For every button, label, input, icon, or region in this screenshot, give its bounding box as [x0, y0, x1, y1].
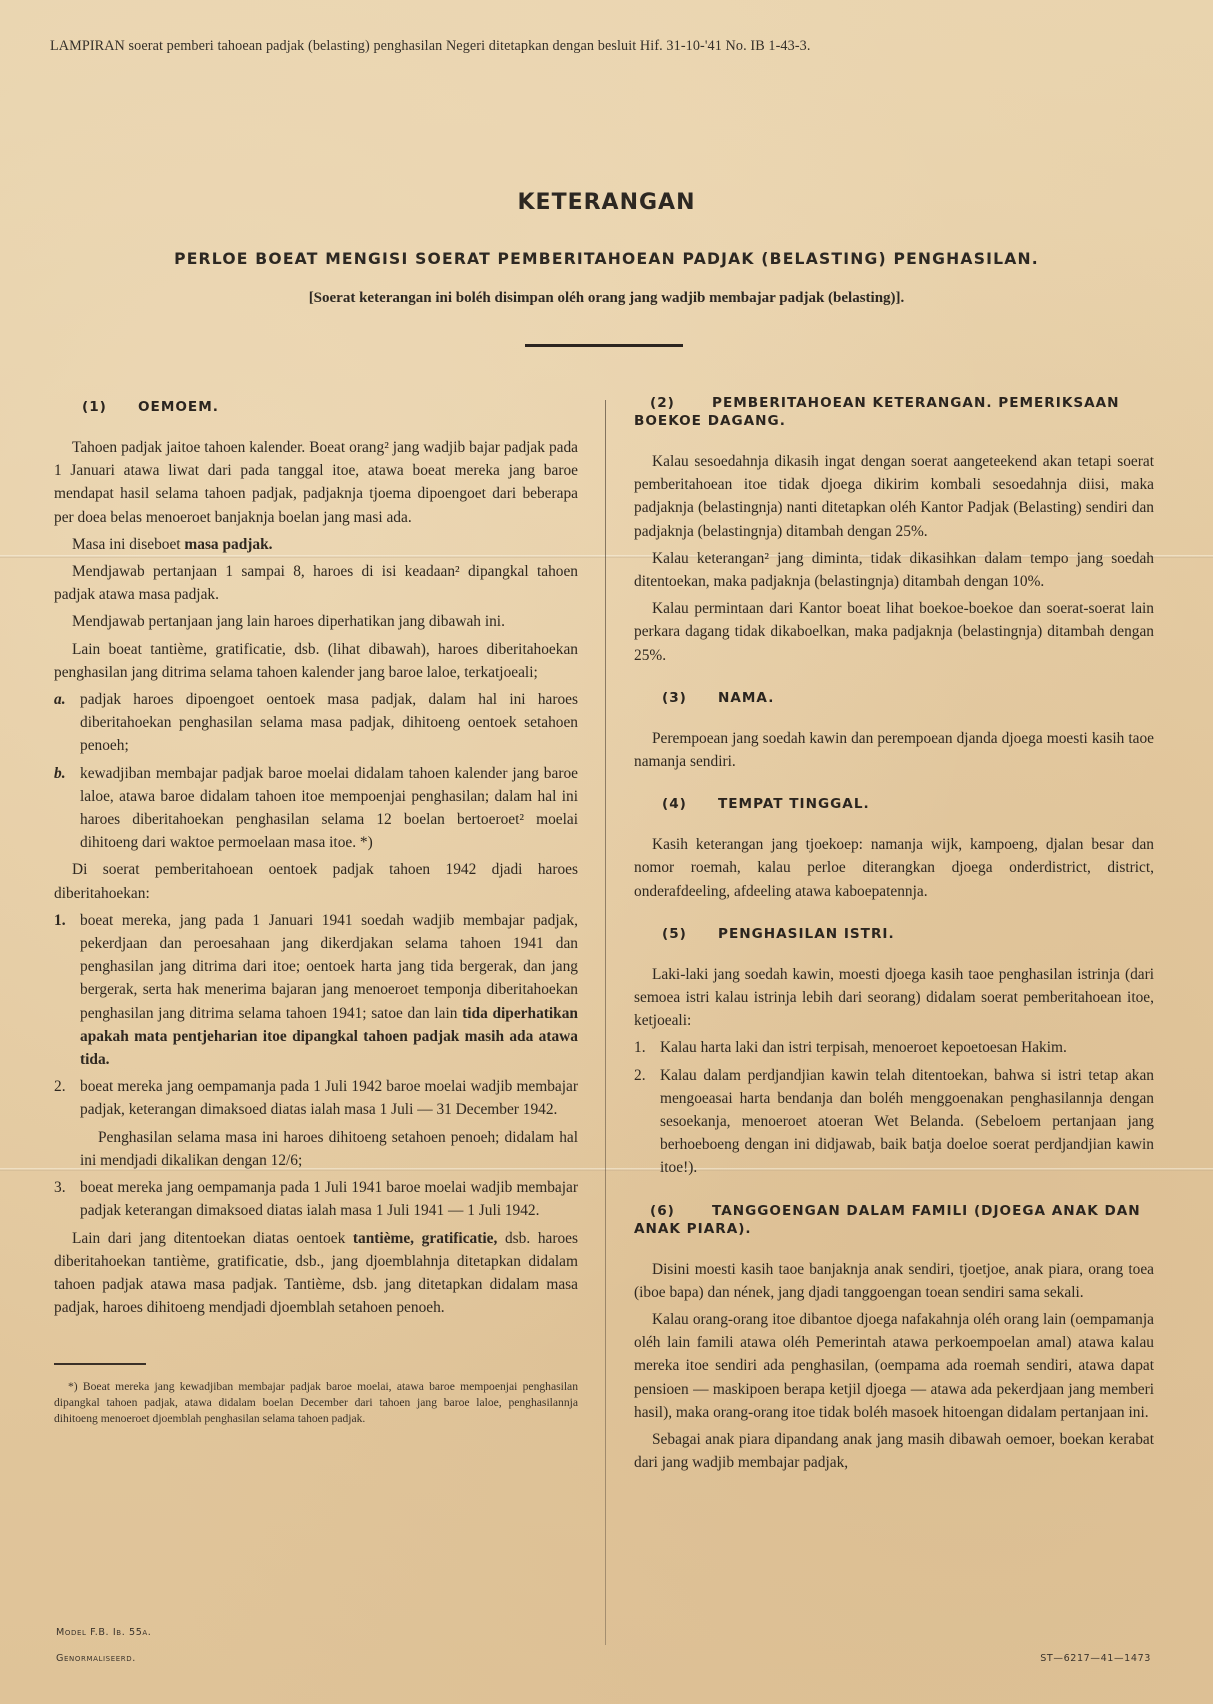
- section-1-paragraph: Masa ini diseboet masa padjak.: [54, 533, 578, 556]
- section-1-paragraph: Mendjawab pertanjaan jang lain haroes di…: [54, 610, 578, 633]
- header-line: LAMPIRAN soerat pemberi tahoean padjak (…: [50, 38, 811, 55]
- page-title: KETERANGAN: [0, 190, 1213, 215]
- section-6-paragraph: Kalau orang-orang itoe dibantoe djoega n…: [634, 1308, 1154, 1424]
- print-code: ST—6217—41—1473: [1040, 1653, 1151, 1664]
- section-4-paragraph: Kasih keterangan jang tjoekoep: namanja …: [634, 833, 1154, 903]
- normalised-label: Genormaliseerd.: [56, 1653, 136, 1664]
- section-3-paragraph: Perempoean jang soedah kawin dan perempo…: [634, 727, 1154, 773]
- section-6-heading: (6)TANGGOENGAN DALAM FAMILI (DJOEGA ANAK…: [634, 1202, 1154, 1238]
- list-item: 1.Kalau harta laki dan istri terpisah, m…: [634, 1036, 1154, 1059]
- section-1-paragraph: Lain boeat tantième, gratificatie, dsb. …: [54, 638, 578, 684]
- list-item: 2.Kalau dalam perdjandjian kawin telah d…: [634, 1064, 1154, 1180]
- section-3-heading: (3)NAMA.: [634, 689, 1154, 707]
- list-item: 3.boeat mereka jang oempamanja pada 1 Ju…: [54, 1176, 578, 1222]
- left-column: (1)OEMOEM. Tahoen padjak jaitoe tahoen k…: [54, 398, 578, 1426]
- list-subparagraph: Penghasilan selama masa ini haroes dihit…: [54, 1126, 578, 1172]
- section-2-paragraph: Kalau permintaan dari Kantor boeat lihat…: [634, 597, 1154, 667]
- section-5-heading: (5)PENGHASILAN ISTRI.: [634, 925, 1154, 943]
- footnote: *) Boeat mereka jang kewadjiban membajar…: [54, 1379, 578, 1426]
- section-2-paragraph: Kalau sesoedahnja dikasih ingat dengan s…: [634, 450, 1154, 543]
- section-5-paragraph: Laki-laki jang soedah kawin, moesti djoe…: [634, 963, 1154, 1033]
- section-2-heading: (2)PEMBERITAHOEAN KETERANGAN. PEMERIKSAA…: [634, 394, 1154, 430]
- footnote-divider: [54, 1363, 146, 1365]
- section-1-heading: (1)OEMOEM.: [54, 398, 578, 416]
- section-1-paragraph: Mendjawab pertanjaan 1 sampai 8, haroes …: [54, 560, 578, 606]
- list-item: a.padjak haroes dipoengoet oentoek masa …: [54, 688, 578, 758]
- title-divider: [525, 344, 683, 347]
- list-item: 2.boeat mereka jang oempamanja pada 1 Ju…: [54, 1075, 578, 1121]
- column-divider: [605, 400, 606, 1645]
- retention-note: [Soerat keterangan ini boléh disimpan ol…: [0, 290, 1213, 307]
- section-1-paragraph: Lain dari jang ditentoekan diatas oentoe…: [54, 1227, 578, 1320]
- right-column: (2)PEMBERITAHOEAN KETERANGAN. PEMERIKSAA…: [634, 394, 1154, 1479]
- section-6-paragraph: Disini moesti kasih taoe banjaknja anak …: [634, 1258, 1154, 1304]
- list-item: 1.boeat mereka, jang pada 1 Januari 1941…: [54, 909, 578, 1071]
- list-item: b.kewadjiban membajar padjak baroe moela…: [54, 762, 578, 855]
- section-1-paragraph: Di soerat pemberitahoean oentoek padjak …: [54, 858, 578, 904]
- section-1-paragraph: Tahoen padjak jaitoe tahoen kalender. Bo…: [54, 436, 578, 529]
- section-4-heading: (4)TEMPAT TINGGAL.: [634, 795, 1154, 813]
- section-2-paragraph: Kalau keterangan² jang diminta, tidak di…: [634, 547, 1154, 593]
- section-6-paragraph: Sebagai anak piara dipandang anak jang m…: [634, 1428, 1154, 1474]
- page-subtitle: PERLOE BOEAT MENGISI SOERAT PEMBERITAHOE…: [0, 250, 1213, 268]
- model-number: Model F.B. Ib. 55a.: [56, 1627, 151, 1638]
